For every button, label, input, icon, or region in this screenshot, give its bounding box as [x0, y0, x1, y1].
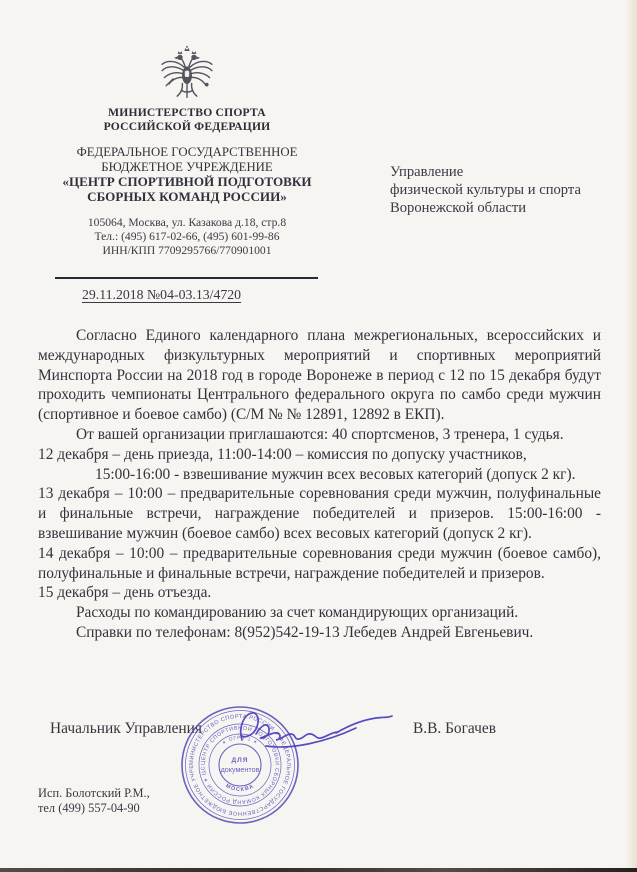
- contact-inn-kpp: ИНН/КПП 7709295766/770901001: [55, 244, 319, 258]
- body-paragraph: Расходы по командированию за счет команд…: [38, 603, 601, 623]
- org-line: ФЕДЕРАЛЬНОЕ ГОСУДАРСТВЕННОЕ: [55, 145, 319, 160]
- scan-edge-bottom: [0, 868, 637, 872]
- ministry-line: РОССИЙСКОЙ ФЕДЕРАЦИИ: [55, 120, 319, 134]
- recipient-line: физической культуры и спорта: [390, 182, 581, 200]
- body-paragraph: 15 декабря – день отъезда.: [38, 583, 601, 603]
- org-line: «ЦЕНТР СПОРТИВНОЙ ПОДГОТОВКИ: [55, 175, 319, 190]
- scanned-letter-page: МИНИСТЕРСТВО СПОРТА РОССИЙСКОЙ ФЕДЕРАЦИИ…: [0, 0, 637, 872]
- contact-address: 105064, Москва, ул. Казакова д.18, стр.8: [55, 216, 319, 230]
- ministry-name: МИНИСТЕРСТВО СПОРТА РОССИЙСКОЙ ФЕДЕРАЦИИ: [55, 106, 319, 133]
- body-paragraph: Справки по телефонам: 8(952)542-19-13 Ле…: [38, 623, 601, 643]
- stamp-center-line1: ДЛЯ: [231, 757, 248, 764]
- letterhead: МИНИСТЕРСТВО СПОРТА РОССИЙСКОЙ ФЕДЕРАЦИИ…: [55, 44, 319, 258]
- executor-phone: тел (499) 557-04-90: [38, 801, 150, 816]
- body-paragraph: 13 декабря – 10:00 – предварительные сор…: [38, 484, 601, 543]
- signature-ink: [236, 706, 398, 758]
- organization-contacts: 105064, Москва, ул. Казакова д.18, стр.8…: [55, 216, 319, 258]
- recipient-line: Воронежской области: [390, 200, 581, 218]
- body-paragraph: 15:00-16:00 - взвешивание мужчин всех ве…: [38, 465, 601, 485]
- letter-body: Согласно Единого календарного плана межр…: [38, 326, 601, 643]
- recipient-line: Управление: [390, 164, 581, 182]
- russia-coat-of-arms-icon: [158, 44, 216, 102]
- stamp-center-line2: документов: [221, 765, 260, 774]
- organization-name: ФЕДЕРАЛЬНОЕ ГОСУДАРСТВЕННОЕ БЮДЖЕТНОЕ УЧ…: [55, 145, 319, 204]
- org-line: БЮДЖЕТНОЕ УЧРЕЖДЕНИЕ: [55, 160, 319, 175]
- doc-date-number: 29.11.2018 №04-03.13/4720: [82, 287, 241, 303]
- scan-edge-right: [625, 0, 637, 872]
- letterhead-rule: [55, 277, 318, 279]
- org-line: СБОРНЫХ КОМАНД РОССИИ»: [55, 190, 319, 205]
- contact-phones: Тел.: (495) 617-02-66, (495) 601-99-86: [55, 230, 319, 244]
- executor-note: Исп. Болотский Р.М.,: [38, 786, 150, 801]
- ministry-line: МИНИСТЕРСТВО СПОРТА: [55, 106, 319, 120]
- recipient-block: Управление физической культуры и спорта …: [390, 164, 581, 217]
- body-paragraph: Согласно Единого календарного плана межр…: [38, 326, 601, 425]
- body-paragraph: От вашей организации приглашаются: 40 сп…: [38, 425, 601, 445]
- body-paragraph: 12 декабря – день приезда, 11:00-14:00 –…: [38, 445, 601, 465]
- executor-block: Исп. Болотский Р.М., тел (499) 557-04-90: [38, 786, 150, 817]
- signatory-name: В.В. Богачев: [413, 720, 496, 738]
- body-paragraph: 14 декабря – 10:00 – предварительные сор…: [38, 544, 601, 584]
- stamp-city-text: МОСКВА: [225, 783, 256, 793]
